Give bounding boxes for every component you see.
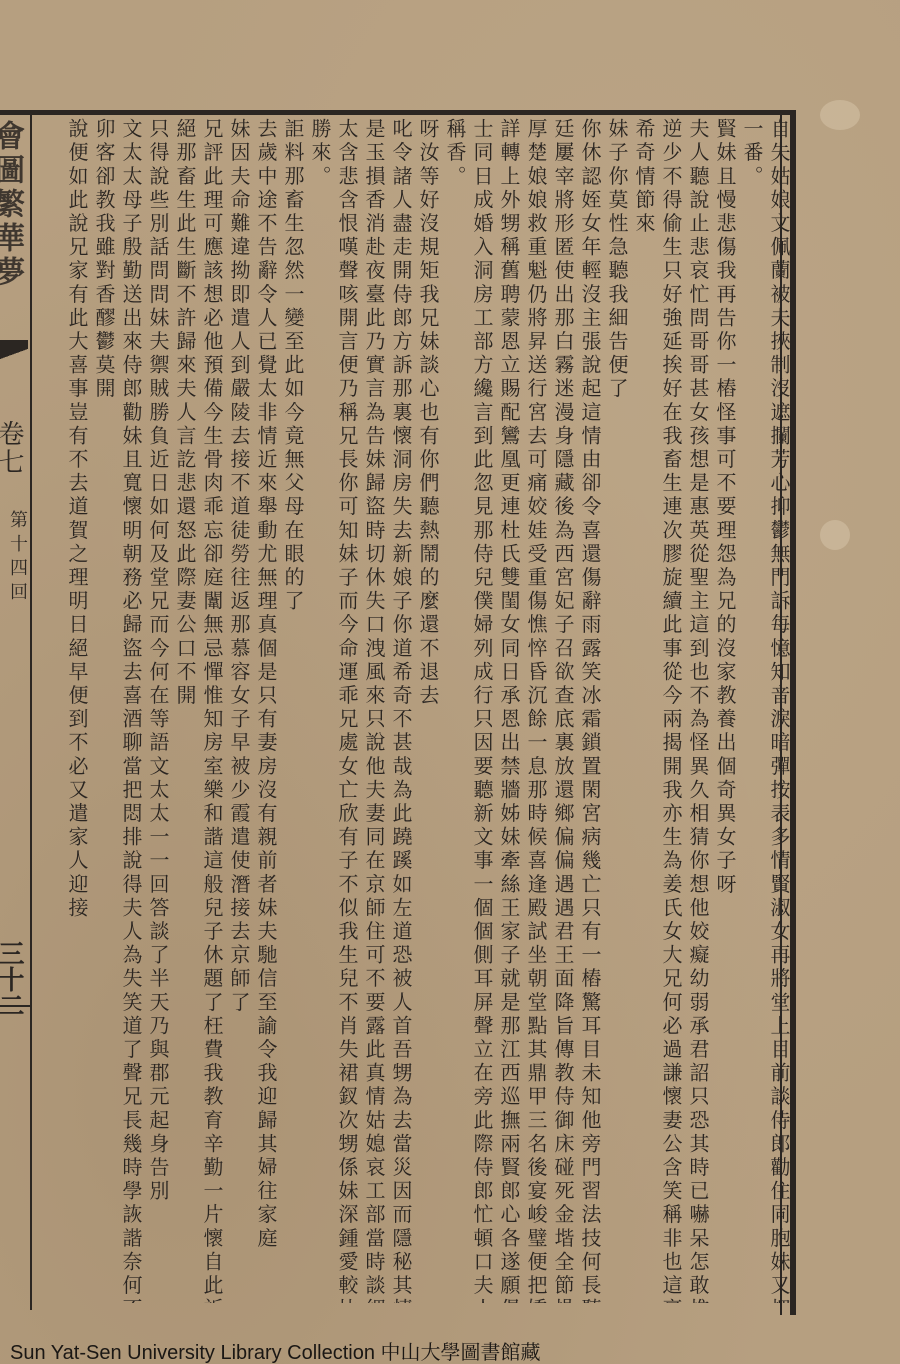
text-column: 太含悲含恨嘆聲咳開言便乃稱兄長你可知妹子而今命運乖兄處女亡欣有子不似我生兒不肖失… (333, 118, 360, 1303)
text-column: 去歲中途不告辭令人已覺太非情近來舉動尤無理真個是只有妻房沒有親前者妹夫馳信至諭令… (252, 118, 279, 1303)
text-column: 希奇情節來 (630, 118, 657, 1303)
text-column: 呀汝等好沒規矩我兄妹談心也有你們聽熱鬧的麼還不退去 (414, 118, 441, 1303)
text-column: 叱令諸人盡走開侍郎方訴那裏懷洞房失去新娘子你道希奇不甚哉為此蹺蹊如左道恐被人首吾… (387, 118, 414, 1303)
text-column: 廷屢宰將形匿使出那白霧迷漫身隱藏後為西宮妃子召欲查底裏放還鄉偏偏遇遇君王面降旨傳… (549, 118, 576, 1303)
text-column: 稱香。 (441, 118, 468, 1303)
vertical-text-body: 自失姑娘文佩蘭被夫挾制沒遮攔芳心抑鬱無門訴每憶知音淚暗彈按表多情賢淑女再將堂上目… (36, 118, 792, 1303)
text-column: 兄評此理可應該想必他預備今生骨肉乖忘卻庭闈無忌憚惟知房室樂和諧這般兒子休題了枉費… (198, 118, 225, 1303)
margin-divider (0, 1005, 32, 1007)
text-column: 絕那畜生此生斷不許歸來夫人言訖悲還怒此際妻公口不開 (171, 118, 198, 1303)
text-column: 夫人聽說止悲哀忙問哥哥甚女孩想是惠英從聖主這到也不為怪異久相猜你想他姣癡幼弱承君… (684, 118, 711, 1303)
text-column: 厚楚娘娘救重魁仍將昇送行宮去可痛姣娃受重傷憔悴昏沉餘一息那時候喜逢殿試坐朝堂點其… (522, 118, 549, 1303)
text-column: 說便如此說兄家有此大喜事豈有不去道賀之理明日絕早便到不必又遣家人迎接 (63, 118, 90, 1303)
text-column: 詎料那畜生忽然一變至此如今竟無父母在眼的了 (279, 118, 306, 1303)
paper-stain (820, 520, 850, 550)
text-column: 妹子你莫性急聽我細告便了 (603, 118, 630, 1303)
fishtail-mark-icon (0, 340, 28, 368)
text-column: 文太太母子殷勤送出來侍郎勸妹且寬懷明朝務必歸盜去喜酒聊當把悶排說得夫人為失笑道了… (117, 118, 144, 1303)
text-column: 你休認姪女年輕沒主張說起這情由卻令喜還傷辭雨露笑冰霜鎖置閑宮病幾亡只有一樁驚耳目… (576, 118, 603, 1303)
text-column: 妹因夫命難違拗即遣人到嚴陵去接不道徒勞往返那慕容女子早被少霞遣使潛接去京師了 (225, 118, 252, 1303)
text-column: 是玉損香消赴夜臺此乃實言為告妹歸盜時切休失口洩風來只說他夫妻同在京師住可不要露此… (360, 118, 387, 1303)
book-page: 會圖繁華夢 卷七 第十四回 三十二 自失姑娘文佩蘭被夫挾制沒遮攔芳心抑鬱無門訴每… (0, 0, 900, 1364)
text-column: 士同日成婚入洞房工部方纔言到此忽見那侍兒僕婦列成行只因要聽新文事一個個側耳屏聲立… (468, 118, 495, 1303)
paper-stain (820, 100, 860, 130)
text-column: 勝來。 (306, 118, 333, 1303)
text-column: 只得說些別話問問妹夫禦賊勝負近日如何及堂兄而今何在等語文太太一一回答談了半天乃與… (144, 118, 171, 1303)
text-column: 逆少不得偷生只好強延挨好在我畜生連次膠旋續此事從今兩揭開我亦生為姜氏女大兄何必過… (657, 118, 684, 1303)
text-column: 詳轉上外甥稱舊聘蒙恩立賜配鸞凰更連杜氏雙閨女同日承恩出禁牆姊妹牽絲王家子就是那江… (495, 118, 522, 1303)
margin-book-title: 會圖繁華夢 (0, 120, 28, 290)
text-column: 賢妹且慢悲傷我再告你一樁怪事可不要理怨為兄的沒家教養出個奇異女子呀 (711, 118, 738, 1303)
margin-volume: 卷七 (0, 420, 28, 476)
text-column: 卯客卻教我雖對香醪鬱莫開 (90, 118, 117, 1303)
text-column: 一番。 (738, 118, 765, 1303)
book-margin (0, 115, 32, 1310)
collection-watermark: Sun Yat-Sen University Library Collectio… (10, 1336, 541, 1364)
margin-chapter: 第十四回 (2, 510, 30, 606)
text-column: 自失姑娘文佩蘭被夫挾制沒遮攔芳心抑鬱無門訴每憶知音淚暗彈按表多情賢淑女再將堂上目… (765, 118, 792, 1303)
